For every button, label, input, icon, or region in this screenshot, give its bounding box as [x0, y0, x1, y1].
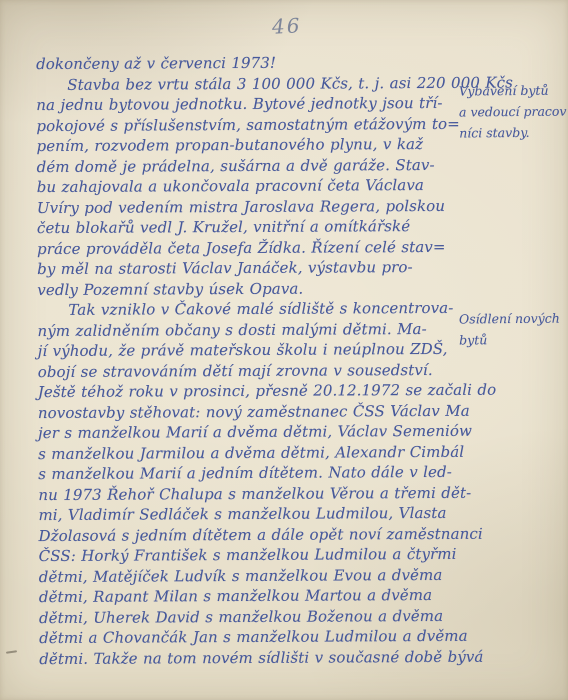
text-line: Uvíry pod vedením mistra Jaroslava Reger… — [37, 195, 461, 218]
text-line: dém domě je prádelna, sušárna a dvě gará… — [37, 154, 461, 177]
text-line: bu zahajovala a ukončovala pracovní četa… — [37, 175, 461, 198]
text-line: četu blokařů vedl J. Kružel, vnitřní a o… — [37, 216, 461, 239]
margin-note-line: a vedoucí pracov — [459, 101, 565, 123]
text-line: obojí se stravováním dětí mají zrovna v … — [38, 359, 462, 382]
text-line: pením, rozvodem propan-butanového plynu,… — [36, 134, 460, 157]
margin-note-equipment: Vybavení bytů a vedoucí pracov níci stav… — [459, 80, 566, 144]
text-line: dětmi, Rapant Milan s manželkou Martou a… — [39, 585, 463, 608]
margin-note-line: Osídlení nových — [459, 308, 565, 330]
margin-note-line: bytů — [459, 329, 565, 351]
text-line: Stavba bez vrtu stála 3 100 000 Kčs, t. … — [36, 72, 460, 95]
text-line: s manželkou Marií a jedním dítětem. Nato… — [38, 462, 462, 485]
margin-note-line: Vybavení bytů — [459, 80, 565, 102]
text-line: dětmi a Chovančák Jan s manželkou Ludmil… — [39, 626, 463, 649]
text-line: by měl na starosti Václav Janáček, výsta… — [37, 257, 461, 280]
text-line: novostavby stěhovat: nový zaměstnanec ČS… — [38, 400, 462, 423]
margin-note-settlement: Osídlení nových bytů — [459, 308, 565, 351]
text-line: jer s manželkou Marií a dvěma dětmi, Vác… — [38, 421, 462, 444]
pencil-dash — [6, 650, 17, 654]
body-text: dokončeny až v červenci 1973! Stavba bez… — [36, 52, 463, 669]
text-line: ným zalidněním občany s dosti malými dět… — [37, 318, 461, 341]
chronicle-page: 46 dokončeny až v červenci 1973! Stavba … — [0, 0, 568, 700]
text-line: jí výhodu, že právě mateřskou školu i ne… — [38, 339, 462, 362]
text-line: vedly Pozemní stavby úsek Opava. — [37, 277, 461, 300]
page-number: 46 — [271, 13, 302, 39]
text-line: dětmi, Uherek David s manželkou Boženou … — [39, 605, 463, 628]
text-line: nu 1973 Řehoř Chalupa s manželkou Věrou … — [38, 482, 462, 505]
text-line: práce prováděla četa Josefa Žídka. Řízen… — [37, 236, 461, 259]
text-line: pokojové s příslušenstvím, samostatným e… — [36, 113, 460, 136]
text-line: Ještě téhož roku v prosinci, přesně 20.1… — [38, 380, 462, 403]
text-line: Džolasová s jedním dítětem a dále opět n… — [38, 523, 462, 546]
text-line: Tak vzniklo v Čakové malé sídliště s kon… — [37, 298, 461, 321]
margin-note-line: níci stavby. — [459, 122, 565, 144]
text-line: dětmi, Matějíček Ludvík s manželkou Evou… — [39, 564, 463, 587]
text-line: dětmi. Takže na tom novém sídlišti v sou… — [39, 646, 463, 669]
text-line: na jednu bytovou jednotku. Bytové jednot… — [36, 93, 460, 116]
text-line: ČSS: Horký František s manželkou Ludmilo… — [39, 544, 463, 567]
text-line: dokončeny až v červenci 1973! — [36, 52, 460, 75]
text-line: s manželkou Jarmilou a dvěma dětmi, Alex… — [38, 441, 462, 464]
text-line: mi, Vladimír Sedláček s manželkou Ludmil… — [38, 503, 462, 526]
